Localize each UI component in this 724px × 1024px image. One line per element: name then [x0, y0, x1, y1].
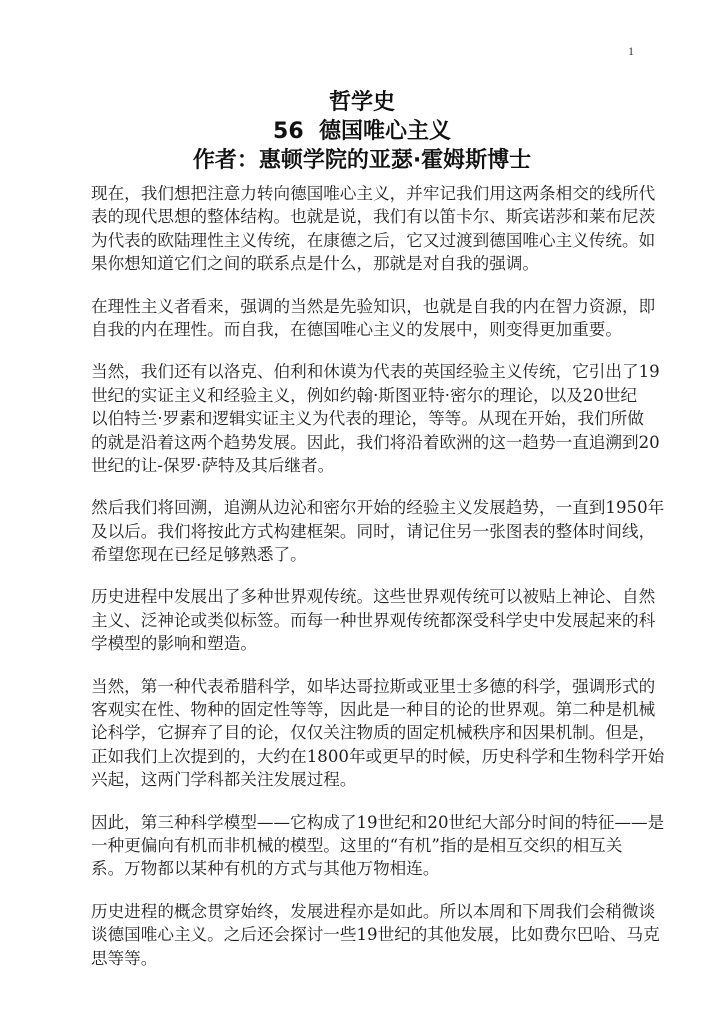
text-line: 主义、泛神论或类似标签。而每一种世界观传统都深受科学史中发展起来的科 [91, 609, 631, 632]
page-number: 1 [628, 44, 634, 59]
author-line: 作者：惠顿学院的亚瑟·霍姆斯博士 [0, 146, 724, 175]
text-line: 谈德国唯心主义。之后还会探讨一些19世纪的其他发展，比如费尔巴哈、马克 [91, 923, 631, 946]
text-line: 论科学，它摒弃了目的论，仅仅关注物质的固定机械秩序和因果机制。但是， [91, 721, 631, 744]
paragraph-1: 现在，我们想把注意力转向德国唯心主义，并牢记我们用这两条相交的线所代 表的现代思… [91, 182, 631, 276]
text-line: 正如我们上次提到的，大约在1800年或更早的时候，历史科学和生物科学开始 [91, 745, 631, 768]
text-line: 自我的内在理性。而自我，在德国唯心主义的发展中，则变得更加重要。 [91, 318, 631, 341]
paragraph-2: 在理性主义者看来，强调的当然是先验知识，也就是自我的内在智力资源，即 自我的内在… [91, 295, 631, 342]
text-line: 及以后。我们将按此方式构建框架。同时，请记住另一张图表的整体时间线， [91, 520, 631, 543]
paragraph-5: 历史进程中发展出了多种世界观传统。这些世界观传统可以被贴上神论、自然 主义、泛神… [91, 585, 631, 655]
text-line: 因此，第三种科学模型——它构成了19世纪和20世纪大部分时间的特征——是 [91, 811, 631, 834]
text-line: 历史进程中发展出了多种世界观传统。这些世界观传统可以被贴上神论、自然 [91, 585, 631, 608]
document-body: 现在，我们想把注意力转向德国唯心主义，并牢记我们用这两条相交的线所代 表的现代思… [91, 182, 631, 989]
paragraph-6: 当然，第一种代表希腊科学，如毕达哥拉斯或亚里士多德的科学，强调形式的 客观实在性… [91, 675, 631, 792]
text-line: 一种更偏向有机而非机械的模型。这里的“有机”指的是相互交织的相互关 [91, 834, 631, 857]
text-line: 现在，我们想把注意力转向德国唯心主义，并牢记我们用这两条相交的线所代 [91, 182, 631, 205]
lecture-title: 56 德国唯心主义 [0, 117, 724, 146]
text-line: 希望您现在已经足够熟悉了。 [91, 543, 631, 566]
text-line: 以伯特兰·罗素和逻辑实证主义为代表的理论，等等。从现在开始，我们所做 [91, 407, 631, 430]
text-line: 的就是沿着这两个趋势发展。因此，我们将沿着欧洲的这一趋势一直追溯到20 [91, 431, 631, 454]
text-line: 当然，第一种代表希腊科学，如毕达哥拉斯或亚里士多德的科学，强调形式的 [91, 675, 631, 698]
text-line: 在理性主义者看来，强调的当然是先验知识，也就是自我的内在智力资源，即 [91, 295, 631, 318]
text-line: 系。万物都以某种有机的方式与其他万物相连。 [91, 857, 631, 880]
paragraph-3: 当然，我们还有以洛克、伯利和休谟为代表的英国经验主义传统，它引出了19 世纪的实… [91, 360, 631, 477]
text-line: 世纪的让-保罗·萨特及其后继者。 [91, 454, 631, 477]
paragraph-8: 历史进程的概念贯穿始终，发展进程亦是如此。所以本周和下周我们会稍微谈 谈德国唯心… [91, 900, 631, 970]
text-line: 表的现代思想的整体结构。也就是说，我们有以笛卡尔、斯宾诺莎和莱布尼茨 [91, 205, 631, 228]
text-line: 学模型的影响和塑造。 [91, 632, 631, 655]
text-line: 世纪的实证主义和经验主义，例如约翰·斯图亚特·密尔的理论，以及20世纪 [91, 384, 631, 407]
text-line: 当然，我们还有以洛克、伯利和休谟为代表的英国经验主义传统，它引出了19 [91, 360, 631, 383]
text-line: 为代表的欧陆理性主义传统，在康德之后，它又过渡到德国唯心主义传统。如 [91, 229, 631, 252]
text-line: 兴起，这两门学科都关注发展过程。 [91, 768, 631, 791]
paragraph-4: 然后我们将回溯，追溯从边沁和密尔开始的经验主义发展趋势，一直到1950年 及以后… [91, 496, 631, 566]
text-line: 思等等。 [91, 947, 631, 970]
paragraph-7: 因此，第三种科学模型——它构成了19世纪和20世纪大部分时间的特征——是 一种更… [91, 811, 631, 881]
document-title-block: 哲学史 56 德国唯心主义 作者：惠顿学院的亚瑟·霍姆斯博士 [0, 88, 724, 175]
series-title: 哲学史 [0, 88, 724, 117]
text-line: 历史进程的概念贯穿始终，发展进程亦是如此。所以本周和下周我们会稍微谈 [91, 900, 631, 923]
text-line: 客观实在性、物种的固定性等等，因此是一种目的论的世界观。第二种是机械 [91, 698, 631, 721]
text-line: 果你想知道它们之间的联系点是什么，那就是对自我的强调。 [91, 252, 631, 275]
text-line: 然后我们将回溯，追溯从边沁和密尔开始的经验主义发展趋势，一直到1950年 [91, 496, 631, 519]
